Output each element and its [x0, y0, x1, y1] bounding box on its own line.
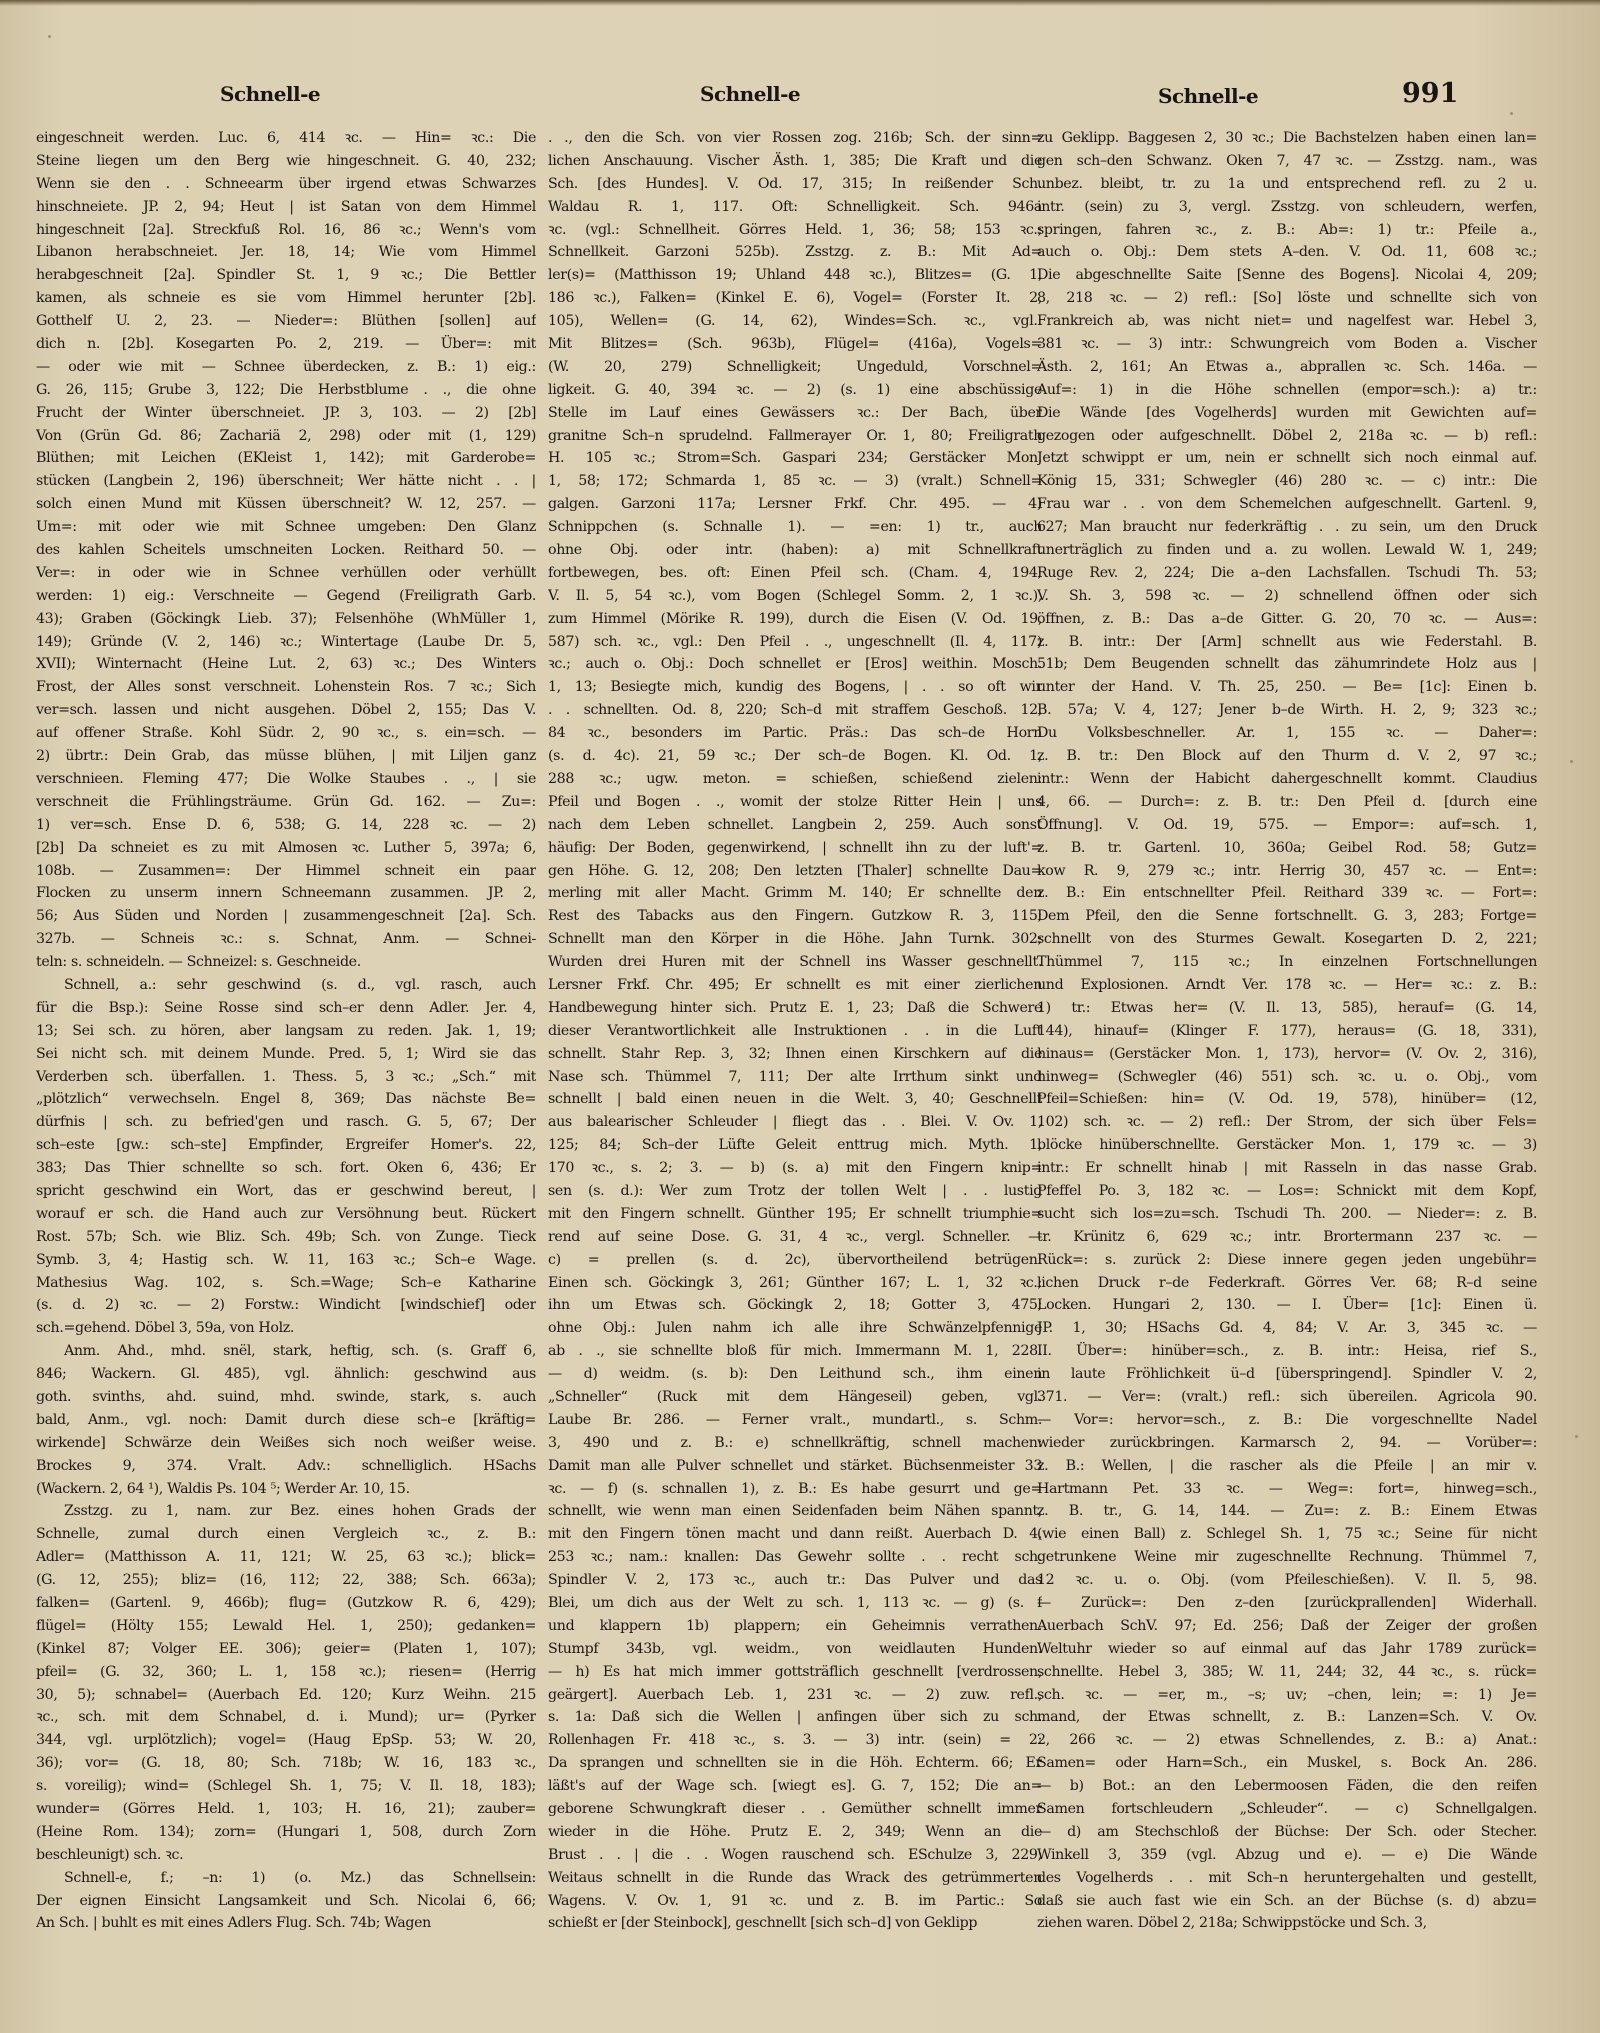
text-column-3: zu Geklipp. Baggesen 2, 30 ꝛc.; Die Bach…: [1037, 127, 1537, 1935]
text-line: beschleunigt) sch. ꝛc.: [36, 1844, 536, 1867]
text-line: Sei nicht sch. mit deinem Munde. Pred. 5…: [36, 1043, 536, 1066]
text-line: schießt er [der Steinbock], geschnellt […: [548, 1912, 1042, 1935]
text-line: Spindler V. 2, 173 ꝛc., auch tr.: Das Pu…: [548, 1569, 1042, 1592]
text-line: Brockes 9, 374. Vralt. Adv.: schnelligli…: [36, 1455, 536, 1478]
text-line: und Explosionen. Arndt Ver. 178 ꝛc. — He…: [1037, 974, 1537, 997]
text-line: unbez. bleibt, tr. zu 1a und entsprechen…: [1037, 173, 1537, 196]
text-line: Von (Grün Gd. 86; Zachariä 2, 298) oder …: [36, 425, 536, 448]
text-line: — d) weidm. (s. b): Den Leithund sch., i…: [548, 1363, 1042, 1386]
text-line: schnellt, wie wenn man einen Seidenfaden…: [548, 1500, 1042, 1523]
text-line: Mit Blitzes= (Sch. 963b), Flügel= (416a)…: [548, 333, 1042, 356]
text-line: schnellt von des Sturmes Gewalt. Kosegar…: [1037, 928, 1537, 951]
text-line: Wagens. V. Ov. 1, 91 ꝛc. und z. B. im Pa…: [548, 1890, 1042, 1913]
text-line: — Zurück=: Den z–den [zurückprallenden] …: [1037, 1592, 1537, 1615]
text-line: Schnellt man den Körper in die Höhe. Jah…: [548, 928, 1042, 951]
running-headword-left: Schnell-e: [220, 82, 320, 106]
text-line: tr. Krünitz 6, 629 ꝛc.; intr. Brorterman…: [1037, 1226, 1537, 1249]
text-line: Auf=: 1) in die Höhe schnellen (empor=sc…: [1037, 379, 1537, 402]
text-line: Libanon herabschneiet. Jer. 18, 14; Wie …: [36, 241, 536, 264]
text-line: s. 1a: Daß sich die Wellen | anfingen üb…: [548, 1706, 1042, 1729]
text-line: lichen Anschauung. Vischer Ästh. 1, 385;…: [548, 150, 1042, 173]
text-line: 144), hinauf= (Klinger F. 177), heraus= …: [1037, 1020, 1537, 1043]
text-line: An Sch. | buhlt es mit eines Adlers Flug…: [36, 1912, 536, 1935]
text-line: König 15, 331; Schwegler (46) 280 ꝛc. — …: [1037, 470, 1537, 493]
text-line: unerträglich zu finden und a. zu wollen.…: [1037, 539, 1537, 562]
text-line: Frau war . . von dem Schemelchen aufgesc…: [1037, 493, 1537, 516]
text-line: kamen, als schneie es sie vom Himmel her…: [36, 287, 536, 310]
text-line: 383; Das Thier schnellte so sch. fort. O…: [36, 1157, 536, 1180]
text-line: (Wackern. 2, 64 ¹), Waldis Ps. 104 ⁵; We…: [36, 1478, 536, 1501]
running-headword-right: Schnell-e: [1158, 84, 1258, 108]
text-line: daß sie auch fast wie ein Sch. an der Bü…: [1037, 1890, 1537, 1913]
text-line: bald, Anm., vgl. noch: Damit durch diese…: [36, 1409, 536, 1432]
text-line: 125; 84; Sch–der Lüfte Geleit enttrug mi…: [548, 1134, 1042, 1157]
text-line: Ästh. 2, 161; An Etwas a., abprallen ꝛc.…: [1037, 356, 1537, 379]
text-line: Auerbach SchV. 97; Ed. 256; Daß der Zeig…: [1037, 1615, 1537, 1638]
text-line: Pfeil=Schießen: hin= (V. Od. 19, 578), h…: [1037, 1088, 1537, 1111]
text-line: s. voreilig); wind= (Schlegel Sh. 1, 75;…: [36, 1775, 536, 1798]
text-line: fortbewegen, bes. oft: Einen Pfeil sch. …: [548, 562, 1042, 585]
text-line: Ruge Rev. 2, 224; Die a–den Lachsfallen.…: [1037, 562, 1537, 585]
text-line: goth. svinths, ahd. suind, mhd. swinde, …: [36, 1386, 536, 1409]
text-line: z. B. tr., G. 14, 144. — Zu=: z. B.: Ein…: [1037, 1500, 1537, 1523]
text-line: 253 ꝛc.; nam.: knallen: Das Gewehr sollt…: [548, 1546, 1042, 1569]
text-line: ihn um Etwas sch. Göckingk 2, 18; Gotter…: [548, 1294, 1042, 1317]
text-line: Stumpf 343b, vgl. weidm., von weidlauten…: [548, 1638, 1042, 1661]
text-line: merling mit aller Macht. Grimm M. 140; E…: [548, 882, 1042, 905]
text-line: — oder wie mit — Schnee überdecken, z. B…: [36, 356, 536, 379]
text-line: Waldau R. 1, 117. Oft: Schnelligkeit. Sc…: [548, 196, 1042, 219]
paper-speck: [48, 35, 51, 38]
text-line: stücken (Langbein 2, 196) überschneit; W…: [36, 470, 536, 493]
text-line: Pfeil und Bogen . ., womit der stolze Ri…: [548, 791, 1042, 814]
text-line: ohne Obj.: Julen nahm ich alle ihre Schw…: [548, 1317, 1042, 1340]
text-line: Der eignen Einsicht Langsamkeit und Sch.…: [36, 1890, 536, 1913]
text-line: z. B.: Ein entschnellter Pfeil. Reithard…: [1037, 882, 1537, 905]
text-line: 1) ver=sch. Ense D. 6, 538; G. 14, 228 ꝛ…: [36, 814, 536, 837]
text-line: Frost, der Alles sonst verschneit. Lohen…: [36, 676, 536, 699]
text-line: . ., den die Sch. von vier Rossen zog. 2…: [548, 127, 1042, 150]
text-line: z. B. tr. Gartenl. 10, 360a; Geibel Rod.…: [1037, 837, 1537, 860]
text-line: nach dem Leben schnellet. Langbein 2, 25…: [548, 814, 1042, 837]
text-line: schnellt. Stahr Rep. 3, 32; Ihnen einen …: [548, 1043, 1042, 1066]
text-line: ꝛc.; auch o. Obj.: Doch schnellet er [Er…: [548, 653, 1042, 676]
text-line: 381 ꝛc. — 3) intr.: Schwungreich vom Bod…: [1037, 333, 1537, 356]
text-line: Wurden drei Huren mit der Schnell ins Wa…: [548, 951, 1042, 974]
text-line: wieder in die Höhe. Prutz E. 2, 349; Wen…: [548, 1821, 1042, 1844]
text-line: 149); Gründe (V. 2, 146) ꝛc.; Wintertage…: [36, 631, 536, 654]
paper-speck: [1570, 760, 1573, 763]
text-line: gen sch–den Schwanz. Oken 7, 47 ꝛc. — Zs…: [1037, 150, 1537, 173]
text-line: dieser Verantwortlichkeit alle Instrukti…: [548, 1020, 1042, 1043]
text-line: — d) am Stechschloß der Büchse: Der Sch.…: [1037, 1821, 1537, 1844]
text-line: 170 ꝛc., s. 2; 3. — b) (s. a) mit den Fi…: [548, 1157, 1042, 1180]
text-line: 344, vgl. urplötzlich); vogel= (Haug EpS…: [36, 1729, 536, 1752]
text-line: (G. 12, 255); bliz= (16, 112; 22, 388; S…: [36, 1569, 536, 1592]
text-line: Brust . . | die . . Wogen rauschend sch.…: [548, 1844, 1042, 1867]
text-line: Schnippchen (s. Schnalle 1). — =en: 1) t…: [548, 516, 1042, 539]
text-line: Hartmann Pet. 33 ꝛc. — Weg=: fort=, hinw…: [1037, 1478, 1537, 1501]
text-line: (Kinkel 87; Volger EE. 306); geier= (Pla…: [36, 1638, 536, 1661]
text-line: flügel= (Hölty 155; Lewald Hel. 1, 250);…: [36, 1615, 536, 1638]
running-headword-center: Schnell-e: [700, 82, 800, 106]
text-line: V. Sh. 3, 598 ꝛc. — 2) schnellend öffnen…: [1037, 585, 1537, 608]
text-line: spricht geschwind ein Wort, das er gesch…: [36, 1180, 536, 1203]
text-line: Lersner Frkf. Chr. 495; Er schnellt es m…: [548, 974, 1042, 997]
text-line: 587) sch. ꝛc., vgl.: Den Pfeil . ., unge…: [548, 631, 1042, 654]
text-line: 13; Sei sch. zu hören, aber langsam zu r…: [36, 1020, 536, 1043]
text-line: dich n. [2b]. Kosegarten Po. 2, 219. — Ü…: [36, 333, 536, 356]
text-line: Sch. [des Hundes]. V. Od. 17, 315; In re…: [548, 173, 1042, 196]
text-line: 3, 490 und z. B.: e) schnellkräftig, sch…: [548, 1432, 1042, 1455]
text-line: (W. 20, 279) Schnelligkeit; Ungeduld, Vo…: [548, 356, 1042, 379]
text-line: Locken. Hungari 2, 130. — I. Über= [1c]:…: [1037, 1294, 1537, 1317]
text-line: Pfeffel Po. 3, 182 ꝛc. — Los=: Schnickt …: [1037, 1180, 1537, 1203]
text-line: 627; Man braucht nur federkräftig . . zu…: [1037, 516, 1537, 539]
text-line: 371. — Ver=: (vralt.) refl.: sich überei…: [1037, 1386, 1537, 1409]
text-line: ꝛc., sch. mit dem Schnabel, d. i. Mund);…: [36, 1706, 536, 1729]
text-line: [2b] Da schneiet es zu mit Almosen ꝛc. L…: [36, 837, 536, 860]
text-line: Weltuhr wieder so auf einmal auf das Jah…: [1037, 1638, 1537, 1661]
text-line: G. 26, 115; Grube 3, 122; Die Herbstblum…: [36, 379, 536, 402]
text-line: 43); Graben (Göckingk Lieb. 37); Felsenh…: [36, 608, 536, 631]
text-line: Samen fortschleudern „Schleuder“. — c) S…: [1037, 1798, 1537, 1821]
text-line: Stelle im Lauf eines Gewässers ꝛc.: Der …: [548, 402, 1042, 425]
text-line: in laute Fröhlichkeit ü–d [überspringend…: [1037, 1363, 1537, 1386]
text-line: Rest des Tabacks aus den Fingern. Gutzko…: [548, 905, 1042, 928]
text-line: läßt's auf der Wage sch. [wiegt es]. G. …: [548, 1775, 1042, 1798]
text-line: 8, 218 ꝛc. — 2) refl.: [So] löste und sc…: [1037, 287, 1537, 310]
text-line: Adler= (Matthisson A. 11, 121; W. 25, 63…: [36, 1546, 536, 1569]
text-line: 108b. — Zusammen=: Der Himmel schneit ei…: [36, 860, 536, 883]
text-line: gezogen oder aufgeschnellt. Döbel 2, 218…: [1037, 425, 1537, 448]
text-line: Zsstzg. zu 1, nam. zur Bez. eines hohen …: [36, 1500, 536, 1523]
text-line: 327b. — Schneis ꝛc.: s. Schnat, Anm. — S…: [36, 928, 536, 951]
text-line: (s. d. 4c). 21, 59 ꝛc.; Der sch–de Bogen…: [548, 745, 1042, 768]
text-line: . . schnellten. Od. 8, 220; Sch–d mit st…: [548, 699, 1042, 722]
text-line: dürfnis | sch. zu befried'gen und rasch.…: [36, 1111, 536, 1134]
text-line: Handbewegung hinter sich. Prutz E. 1, 23…: [548, 997, 1042, 1020]
text-line: wunder= (Görres Held. 1, 103; H. 16, 21)…: [36, 1798, 536, 1821]
text-line: intr.: Wenn der Habicht dahergeschnellt …: [1037, 768, 1537, 791]
text-line: Um=: mit oder wie mit Schnee umgeben: De…: [36, 516, 536, 539]
text-line: Schnellkeit. Garzoni 525b). Zsstzg. z. B…: [548, 241, 1042, 264]
text-line: V. Il. 5, 54 ꝛc.), vom Bogen (Schlegel S…: [548, 585, 1042, 608]
text-line: XVII); Winternacht (Heine Lut. 2, 63) ꝛc…: [36, 653, 536, 676]
text-line: 36); vor= (G. 18, 80; Sch. 718b; W. 16, …: [36, 1752, 536, 1775]
text-line: zum Himmel (Mörike R. 199), durch die Ei…: [548, 608, 1042, 631]
text-line: verschnieen. Fleming 477; Die Wolke Stau…: [36, 768, 536, 791]
text-line: Frankreich ab, was nicht niet= und nagel…: [1037, 310, 1537, 333]
text-line: 1) tr.: Etwas her= (V. Il. 13, 585), her…: [1037, 997, 1537, 1020]
text-line: wieder zurückbringen. Karmarsch 2, 94. —…: [1037, 1432, 1537, 1455]
text-line: Rost. 57b; Sch. wie Bliz. Sch. 49b; Sch.…: [36, 1226, 536, 1249]
text-line: hinschneiete. JP. 2, 94; Heut | ist Sata…: [36, 196, 536, 219]
text-line: ꝛc. — f) (s. schnallen 1), z. B.: Es hab…: [548, 1478, 1042, 1501]
text-line: öffnen, z. B.: Das a–de Gitter. G. 20, 7…: [1037, 608, 1537, 631]
text-line: B. 57a; V. 4, 127; Jener b–de Wirth. H. …: [1037, 699, 1537, 722]
text-line: JP. 1, 30; HSachs Gd. 4, 84; V. Ar. 3, 3…: [1037, 1317, 1537, 1340]
text-column-2: . ., den die Sch. von vier Rossen zog. 2…: [548, 127, 1042, 1935]
text-line: und klappern 1b) plappern; ein Geheimnis…: [548, 1615, 1042, 1638]
text-line: springen, fahren ꝛc., z. B.: Ab=: 1) tr.…: [1037, 219, 1537, 242]
text-line: H. 105 ꝛc.; Strom=Sch. Gaspari 234; Gers…: [548, 447, 1042, 470]
text-line: Blei, um dich aus der Welt zu sch. 1, 11…: [548, 1592, 1042, 1615]
text-line: Blüthen; mit Leichen (EKleist 1, 142); m…: [36, 447, 536, 470]
text-line: Da sprangen und schnellten sie in die Hö…: [548, 1752, 1042, 1775]
text-line: unter der Hand. V. Th. 25, 250. — Be= [1…: [1037, 676, 1537, 699]
text-line: „plötzlich“ verwechseln. Engel 8, 369; D…: [36, 1088, 536, 1111]
page-number: 991: [1402, 78, 1458, 109]
text-line: z. B. intr.: Der [Arm] schnellt aus wie …: [1037, 631, 1537, 654]
text-line: kow R. 9, 279 ꝛc.; intr. Herrig 30, 457 …: [1037, 860, 1537, 883]
text-line: Schnell, a.: sehr geschwind (s. d., vgl.…: [36, 974, 536, 997]
text-line: häufig: Der Boden, gegenwirkend, | schne…: [548, 837, 1042, 860]
text-line: „Schneller“ (Ruck mit dem Hängeseil) geb…: [548, 1386, 1042, 1409]
text-line: Samen= oder Harn=Sch., ein Muskel, s. Bo…: [1037, 1752, 1537, 1775]
text-line: Weitaus schnellt in die Runde das Wrack …: [548, 1867, 1042, 1890]
text-line: c) = prellen (s. d. 2c), übervortheilend…: [548, 1249, 1042, 1272]
text-line: auch o. Obj.: Dem stets A–den. V. Od. 11…: [1037, 241, 1537, 264]
text-line: Einen sch. Göckingk 3, 261; Günther 167;…: [548, 1272, 1042, 1295]
text-line: — b) Bot.: an den Lebermoosen Fäden, die…: [1037, 1775, 1537, 1798]
text-line: falken= (Gartenl. 9, 466b); flug= (Gutzk…: [36, 1592, 536, 1615]
text-line: intr.: Er schnellt hinab | mit Rasseln i…: [1037, 1157, 1537, 1180]
text-line: sch. ꝛc. — =er, m., –s; uv; –chen, lein;…: [1037, 1684, 1537, 1707]
text-line: worauf er sch. die Hand auch zur Versöhn…: [36, 1203, 536, 1226]
text-line: Verderben sch. überfallen. 1. Thess. 5, …: [36, 1066, 536, 1089]
text-line: verschneit die Frühlingsträume. Grün Gd.…: [36, 791, 536, 814]
text-line: z. B.: Wellen, | die rascher als die Pfe…: [1037, 1455, 1537, 1478]
text-line: 1, 13; Besiegte mich, kundig des Bogens,…: [548, 676, 1042, 699]
text-line: 846; Wackern. Gl. 485), vgl. ähnlich: ge…: [36, 1363, 536, 1386]
paper-speck: [1510, 112, 1513, 115]
text-line: mit den Fingern tönen macht und dann rei…: [548, 1523, 1042, 1546]
text-line: ver=sch. lassen und nicht ausgehen. Döbe…: [36, 699, 536, 722]
text-line: (wie einen Ball) z. Schlegel Sh. 1, 75 ꝛ…: [1037, 1523, 1537, 1546]
text-line: Rück=: s. zurück 2: Diese innere gegen j…: [1037, 1249, 1537, 1272]
text-line: Damit man alle Pulver schnellet und stär…: [548, 1455, 1042, 1478]
text-line: sch.=gehend. Döbel 3, 59a, von Holz.: [36, 1317, 536, 1340]
text-line: zu Geklipp. Baggesen 2, 30 ꝛc.; Die Bach…: [1037, 127, 1537, 150]
text-line: Nase sch. Thümmel 7, 111; Der alte Irrth…: [548, 1066, 1042, 1089]
text-line: Die Wände [des Vogelherds] wurden mit Ge…: [1037, 402, 1537, 425]
text-line: des kahlen Scheitels umschneiten Locken.…: [36, 539, 536, 562]
text-line: Thümmel 7, 115 ꝛc.; In einzelnen Fortsch…: [1037, 951, 1537, 974]
text-line: geärgert]. Auerbach Leb. 1, 231 ꝛc. — 2)…: [548, 1684, 1042, 1707]
text-line: galgen. Garzoni 117a; Lersner Frkf. Chr.…: [548, 493, 1042, 516]
text-line: 105), Wellen= (G. 14, 62), Windes=Sch. ꝛ…: [548, 310, 1042, 333]
text-line: Wenn sie den . . Schneearm über irgend e…: [36, 173, 536, 196]
text-line: Steine liegen um den Berg wie hingeschne…: [36, 150, 536, 173]
text-line: hinweg= (Schwegler (46) 551) sch. ꝛc. u.…: [1037, 1066, 1537, 1089]
text-line: 186 ꝛc.), Falken= (Kinkel E. 6), Vogel= …: [548, 287, 1042, 310]
text-line: Laube Br. 286. — Ferner vralt., mundartl…: [548, 1409, 1042, 1432]
text-line: getrunkene Weine mir zugeschnellte Rechn…: [1037, 1546, 1537, 1569]
text-line: 84 ꝛc., besonders im Partic. Präs.: Das …: [548, 722, 1042, 745]
text-line: 2, 266 ꝛc. — 2) etwas Schnellendes, z. B…: [1037, 1729, 1537, 1752]
text-line: gen Höhe. G. 12, 208; Den letzten [Thale…: [548, 860, 1042, 883]
text-line: Du Volksbeschneller. Ar. 1, 155 ꝛc. — Da…: [1037, 722, 1537, 745]
text-line: Frucht der Winter überschneiet. JP. 3, 1…: [36, 402, 536, 425]
text-line: 51b; Dem Beugenden schnellt das zähumrin…: [1037, 653, 1537, 676]
text-line: schnellt | bald einen neuen in die Welt.…: [548, 1088, 1042, 1111]
text-line: 30, 5); schnabel= (Auerbach Ed. 120; Kur…: [36, 1684, 536, 1707]
text-line: z. B. tr.: Den Block auf den Thurm d. V.…: [1037, 745, 1537, 768]
text-line: rend auf seine Dose. G. 31, 4 ꝛc., vergl…: [548, 1226, 1042, 1249]
text-line: mit den Fingern schnellt. Günther 195; E…: [548, 1203, 1042, 1226]
page-top-edge: [0, 0, 1600, 6]
text-line: schnellte. Hebel 3, 385; W. 11, 244; 32,…: [1037, 1661, 1537, 1684]
paper-speck: [1575, 1435, 1578, 1438]
text-line: Ver=: in oder wie in Schnee verhüllen od…: [36, 562, 536, 585]
text-line: 1, 58; 172; Schmarda 1, 85 ꝛc. — 3) (vra…: [548, 470, 1042, 493]
text-line: aus balearischer Schleuder | fliegt das …: [548, 1111, 1042, 1134]
text-line: sch–este [gw.: sch–ste] Empfinder, Ergre…: [36, 1134, 536, 1157]
text-line: wirkende] Schwärze dein Weißes sich noch…: [36, 1432, 536, 1455]
text-line: II. Über=: hinüber=sch., z. B. intr.: He…: [1037, 1340, 1537, 1363]
text-line: Gotthelf U. 2, 23. — Nieder=: Blüthen [s…: [36, 310, 536, 333]
text-line: geborene Schwungkraft dieser . . Gemüthe…: [548, 1798, 1042, 1821]
text-line: Dem Pfeil, den die Senne fortschnellt. G…: [1037, 905, 1537, 928]
text-column-1: eingeschneit werden. Luc. 6, 414 ꝛc. — H…: [36, 127, 536, 1935]
text-line: — h) Es hat mich immer gottsträflich ges…: [548, 1661, 1042, 1684]
text-line: Jetzt schwippt er um, nein er schnellt s…: [1037, 447, 1537, 470]
text-line: herabgeschneit [2a]. Spindler St. 1, 9 ꝛ…: [36, 264, 536, 287]
text-line: blöcke hinüberschnellte. Gerstäcker Mon.…: [1037, 1134, 1537, 1157]
text-line: Symb. 3, 4; Hastig sch. W. 11, 163 ꝛc.; …: [36, 1249, 536, 1272]
text-line: Öffnung]. V. Od. 19, 575. — Empor=: auf=…: [1037, 814, 1537, 837]
text-line: sen (s. d.): Wer zum Trotz der tollen We…: [548, 1180, 1042, 1203]
text-line: Mathesius Wag. 102, s. Sch.=Wage; Sch–e …: [36, 1272, 536, 1295]
text-line: ohne Obj. oder intr. (haben): a) mit Sch…: [548, 539, 1042, 562]
text-line: 56; Aus Süden und Norden | zusammengesch…: [36, 905, 536, 928]
text-line: hingeschneit [2a]. Streckfuß Rol. 16, 86…: [36, 219, 536, 242]
text-line: Winkell 3, 359 (vgl. Abzug und e). — e) …: [1037, 1844, 1537, 1867]
text-line: solch einen Mund mit Küssen überschneit?…: [36, 493, 536, 516]
text-line: (Heine Rom. 134); zorn= (Hungari 1, 508,…: [36, 1821, 536, 1844]
text-line: 102) sch. ꝛc. — 2) refl.: Der Strom, der…: [1037, 1111, 1537, 1134]
text-line: auf offener Straße. Kohl Südr. 2, 90 ꝛc.…: [36, 722, 536, 745]
text-line: — Vor=: hervor=sch., z. B.: Die vorgesch…: [1037, 1409, 1537, 1432]
text-line: Anm. Ahd., mhd. snël, stark, heftig, sch…: [36, 1340, 536, 1363]
text-line: Flocken zu unserm innern Schneemann zusa…: [36, 882, 536, 905]
text-line: teln: s. schneideln. — Schneizel: s. Ges…: [36, 951, 536, 974]
text-line: Rollenhagen Fr. 418 ꝛc., s. 3. — 3) intr…: [548, 1729, 1042, 1752]
text-line: hinaus= (Gerstäcker Mon. 1, 173), hervor…: [1037, 1043, 1537, 1066]
text-line: ꝛc. (vgl.: Schnellheit. Görres Held. 1, …: [548, 219, 1042, 242]
text-line: Schnelle, zumal durch einen Vergleich ꝛc…: [36, 1523, 536, 1546]
text-line: 288 ꝛc.; ugw. meton. = schießen, schieße…: [548, 768, 1042, 791]
text-line: 12 ꝛc. u. o. Obj. (vom Pfeileschießen). …: [1037, 1569, 1537, 1592]
text-line: ligkeit. G. 40, 394 ꝛc. — 2) (s. 1) eine…: [548, 379, 1042, 402]
text-line: sucht sich los=zu=sch. Tschudi Th. 200. …: [1037, 1203, 1537, 1226]
text-line: granitne Sch–n sprudelnd. Fallmerayer Or…: [548, 425, 1042, 448]
text-line: Schnell-e, f.; –n: 1) (o. Mz.) das Schne…: [36, 1867, 536, 1890]
text-line: 4, 66. — Durch=: z. B. tr.: Den Pfeil d.…: [1037, 791, 1537, 814]
page-header: Schnell-e Schnell-e Schnell-e 991: [0, 78, 1600, 118]
text-line: ler(s)= (Matthisson 19; Uhland 448 ꝛc.),…: [548, 264, 1042, 287]
text-line: werden: 1) eig.: Verschneite — Gegend (F…: [36, 585, 536, 608]
text-line: Die abgeschnellte Saite [Senne des Bogen…: [1037, 264, 1537, 287]
text-line: mand, der Etwas schnellt, z. B.: Lanzen=…: [1037, 1706, 1537, 1729]
text-line: intr. (sein) zu 3, vergl. Zsstzg. von sc…: [1037, 196, 1537, 219]
text-line: ab . ., sie schnellte bloß für mich. Imm…: [548, 1340, 1042, 1363]
text-line: ziehen waren. Döbel 2, 218a; Schwippstöc…: [1037, 1912, 1537, 1935]
text-line: eingeschneit werden. Luc. 6, 414 ꝛc. — H…: [36, 127, 536, 150]
text-line: des Vogelherds . . mit Sch–n heruntergeh…: [1037, 1867, 1537, 1890]
text-line: 2) übrtr.: Dein Grab, das müsse blühen, …: [36, 745, 536, 768]
text-line: (s. d. 2) ꝛc. — 2) Forstw.: Windicht [wi…: [36, 1294, 536, 1317]
text-line: lichen Druck r–de Federkraft. Görres Ver…: [1037, 1272, 1537, 1295]
text-line: für die Bsp.): Seine Rosse sind sch–er d…: [36, 997, 536, 1020]
text-line: pfeil= (G. 32, 360; L. 1, 158 ꝛc.); ries…: [36, 1661, 536, 1684]
